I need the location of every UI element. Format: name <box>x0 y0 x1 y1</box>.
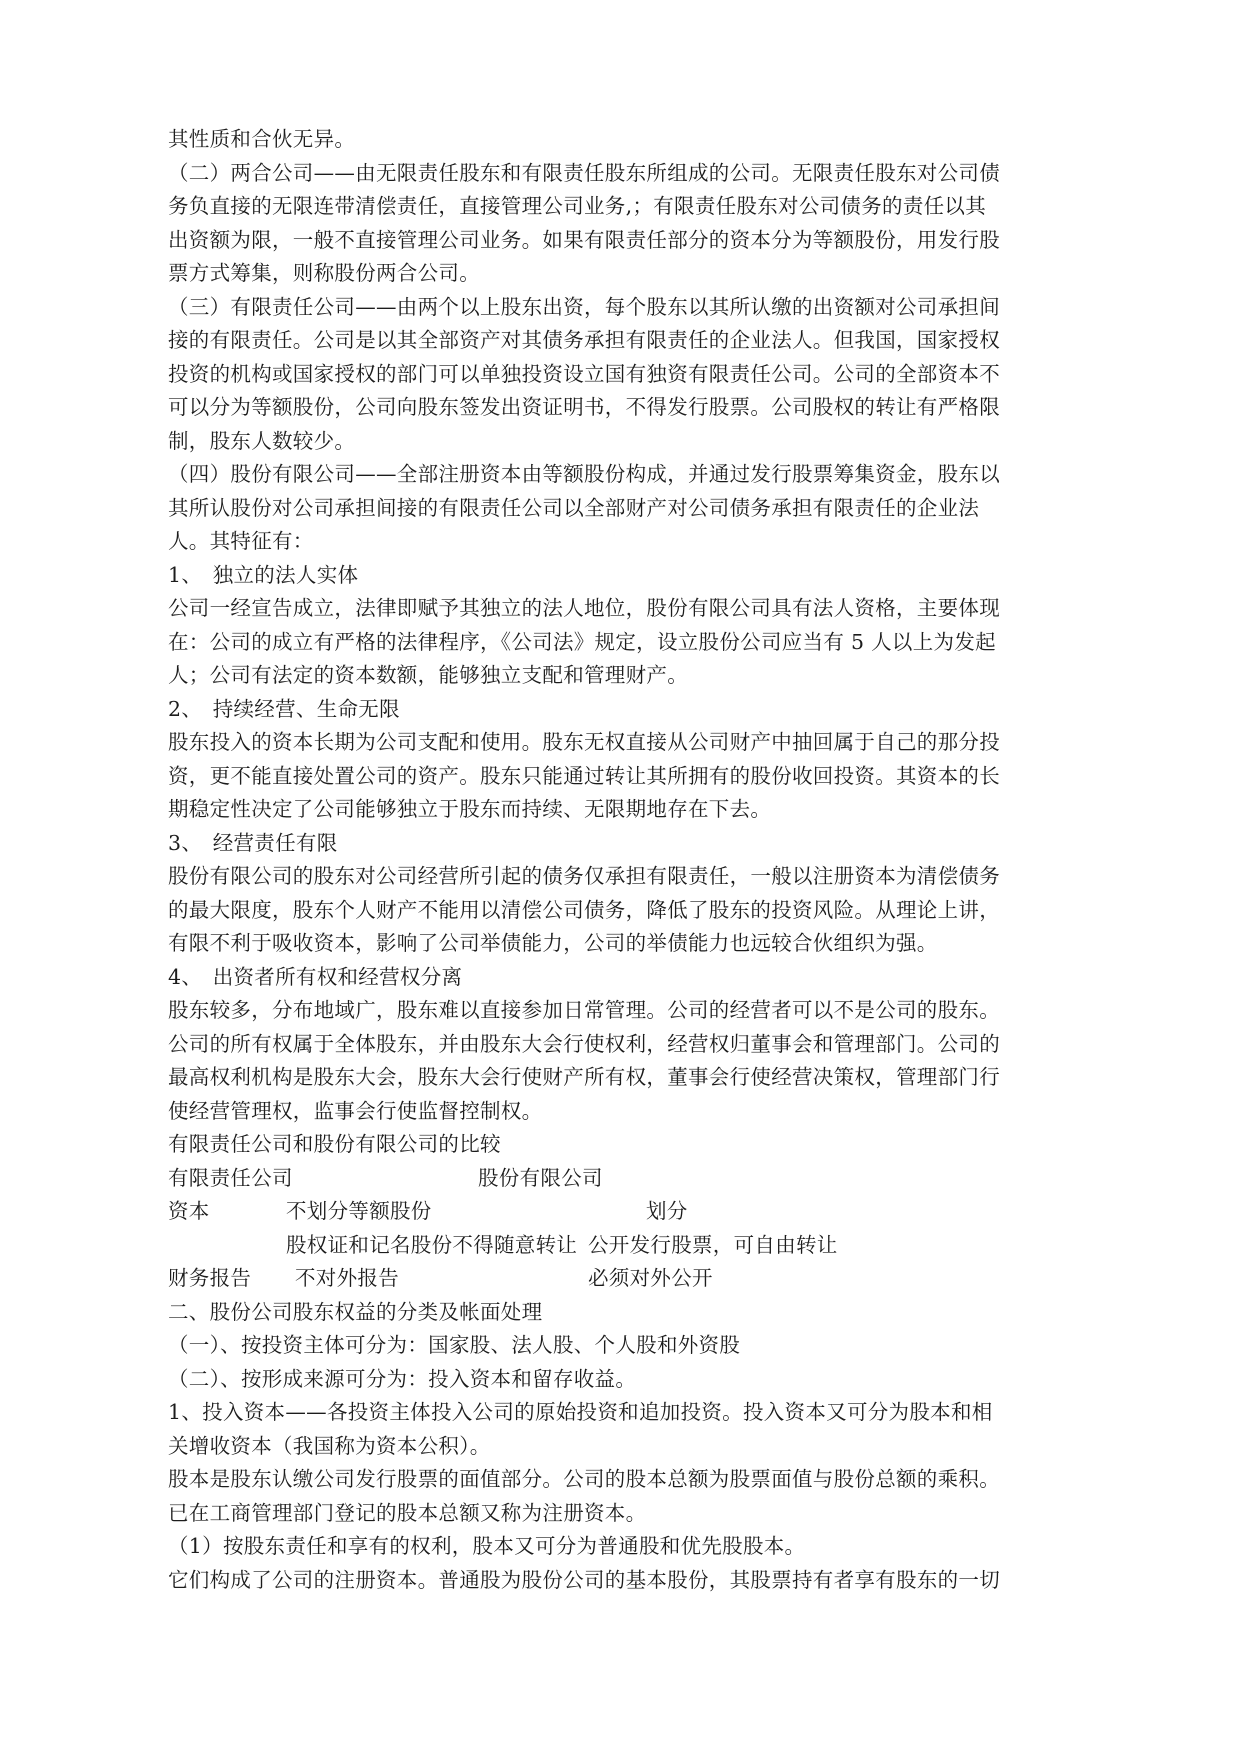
text-line: 最高权利机构是股东大会，股东大会行使财产所有权，董事会行使经营决策权，管理部门行 <box>168 1061 968 1095</box>
text-line: 人。其特征有： <box>168 525 968 559</box>
text-line: （四）股份有限公司——全部注册资本由等额股份构成，并通过发行股票筹集资金，股东以 <box>168 458 968 492</box>
section-heading: 二、股份公司股东权益的分类及帐面处理 <box>168 1296 968 1330</box>
table-cell-joint: 公开发行股票，可自由转让 <box>588 1229 838 1263</box>
comparison-table-header-row: 有限责任公司 股份有限公司 <box>168 1162 968 1196</box>
table-header-joint-stock-company: 股份有限公司 <box>478 1162 603 1196</box>
text-line: 公司一经宣告成立，法律即赋予其独立的法人地位，股份有限公司具有法人资格，主要体现 <box>168 592 968 626</box>
text-line: （二）两合公司——由无限责任股东和有限责任股东所组成的公司。无限责任股东对公司债 <box>168 157 968 191</box>
document-text-block: 其性质和合伙无异。 （二）两合公司——由无限责任股东和有限责任股东所组成的公司。… <box>168 123 968 1597</box>
comparison-table-row-capital: 资本 不划分等额股份 划分 <box>168 1195 968 1229</box>
text-line: 期稳定性决定了公司能够独立于股东而持续、无限期地存在下去。 <box>168 793 968 827</box>
text-line: 股本是股东认缴公司发行股票的面值部分。公司的股本总额为股票面值与股份总额的乘积。 <box>168 1463 968 1497</box>
text-line: 已在工商管理部门登记的股本总额又称为注册资本。 <box>168 1497 968 1531</box>
list-item-heading: 3、 经营责任有限 <box>168 827 968 861</box>
text-line: （1）按股东责任和享有的权利，股本又可分为普通股和优先股股本。 <box>168 1530 968 1564</box>
text-line: 在：公司的成立有严格的法律程序，《公司法》规定，设立股份公司应当有 5 人以上为… <box>168 626 968 660</box>
text-line: 股东较多，分布地域广，股东难以直接参加日常管理。公司的经营者可以不是公司的股东。 <box>168 994 968 1028</box>
list-item-heading: 4、 出资者所有权和经营权分离 <box>168 961 968 995</box>
document-page: 其性质和合伙无异。 （二）两合公司——由无限责任股东和有限责任股东所组成的公司。… <box>0 0 1241 1754</box>
text-line: 可以分为等额股份，公司向股东签发出资证明书，不得发行股票。公司股权的转让有严格限 <box>168 391 968 425</box>
list-item-heading: 2、 持续经营、生命无限 <box>168 693 968 727</box>
table-header-limited-company: 有限责任公司 <box>168 1162 293 1196</box>
text-line: （二）、按形成来源可分为：投入资本和留存收益。 <box>168 1363 968 1397</box>
text-line: 其性质和合伙无异。 <box>168 123 968 157</box>
text-line: 公司的所有权属于全体股东，并由股东大会行使权利，经营权归董事会和管理部门。公司的 <box>168 1028 968 1062</box>
list-item-heading: 1、 独立的法人实体 <box>168 559 968 593</box>
table-row-label: 财务报告 <box>168 1262 251 1296</box>
text-line: 它们构成了公司的注册资本。普通股为股份公司的基本股份，其股票持有者享有股东的一切 <box>168 1564 968 1598</box>
text-line: 制，股东人数较少。 <box>168 425 968 459</box>
text-line: 票方式筹集，则称股份两合公司。 <box>168 257 968 291</box>
table-cell-joint: 必须对外公开 <box>588 1262 713 1296</box>
table-cell-limited: 不对外报告 <box>295 1262 399 1296</box>
table-cell-limited: 股权证和记名股份不得随意转让 <box>286 1229 577 1263</box>
text-line: 有限不利于吸收资本，影响了公司举债能力，公司的举债能力也远较合伙组织为强。 <box>168 927 968 961</box>
text-line: （一）、按投资主体可分为：国家股、法人股、个人股和外资股 <box>168 1329 968 1363</box>
comparison-table-row-transfer: 股权证和记名股份不得随意转让 公开发行股票，可自由转让 <box>168 1229 968 1263</box>
text-line: 1、投入资本——各投资主体投入公司的原始投资和追加投资。投入资本又可分为股本和相 <box>168 1396 968 1430</box>
text-line: 出资额为限，一般不直接管理公司业务。如果有限责任部分的资本分为等额股份，用发行股 <box>168 224 968 258</box>
text-line: 人；公司有法定的资本数额，能够独立支配和管理财产。 <box>168 659 968 693</box>
text-line: （三）有限责任公司——由两个以上股东出资，每个股东以其所认缴的出资额对公司承担间 <box>168 291 968 325</box>
text-line: 关增收资本（我国称为资本公积）。 <box>168 1430 968 1464</box>
comparison-table-row-financial-report: 财务报告 不对外报告 必须对外公开 <box>168 1262 968 1296</box>
table-cell-limited: 不划分等额股份 <box>286 1195 432 1229</box>
text-line: 股份有限公司的股东对公司经营所引起的债务仅承担有限责任，一般以注册资本为清偿债务 <box>168 860 968 894</box>
text-line: 使经营管理权，监事会行使监督控制权。 <box>168 1095 968 1129</box>
text-line: 其所认股份对公司承担间接的有限责任公司以全部财产对公司债务承担有限责任的企业法 <box>168 492 968 526</box>
text-line: 接的有限责任。公司是以其全部资产对其债务承担有限责任的企业法人。但我国，国家授权 <box>168 324 968 358</box>
table-cell-joint: 划分 <box>646 1195 688 1229</box>
text-line: 的最大限度，股东个人财产不能用以清偿公司债务，降低了股东的投资风险。从理论上讲， <box>168 894 968 928</box>
text-line: 务负直接的无限连带清偿责任，直接管理公司业务,；有限责任股东对公司债务的责任以其 <box>168 190 968 224</box>
table-title: 有限责任公司和股份有限公司的比较 <box>168 1128 968 1162</box>
text-line: 资，更不能直接处置公司的资产。股东只能通过转让其所拥有的股份收回投资。其资本的长 <box>168 760 968 794</box>
text-line: 投资的机构或国家授权的部门可以单独投资设立国有独资有限责任公司。公司的全部资本不 <box>168 358 968 392</box>
table-row-label: 资本 <box>168 1195 210 1229</box>
text-line: 股东投入的资本长期为公司支配和使用。股东无权直接从公司财产中抽回属于自己的那分投 <box>168 726 968 760</box>
